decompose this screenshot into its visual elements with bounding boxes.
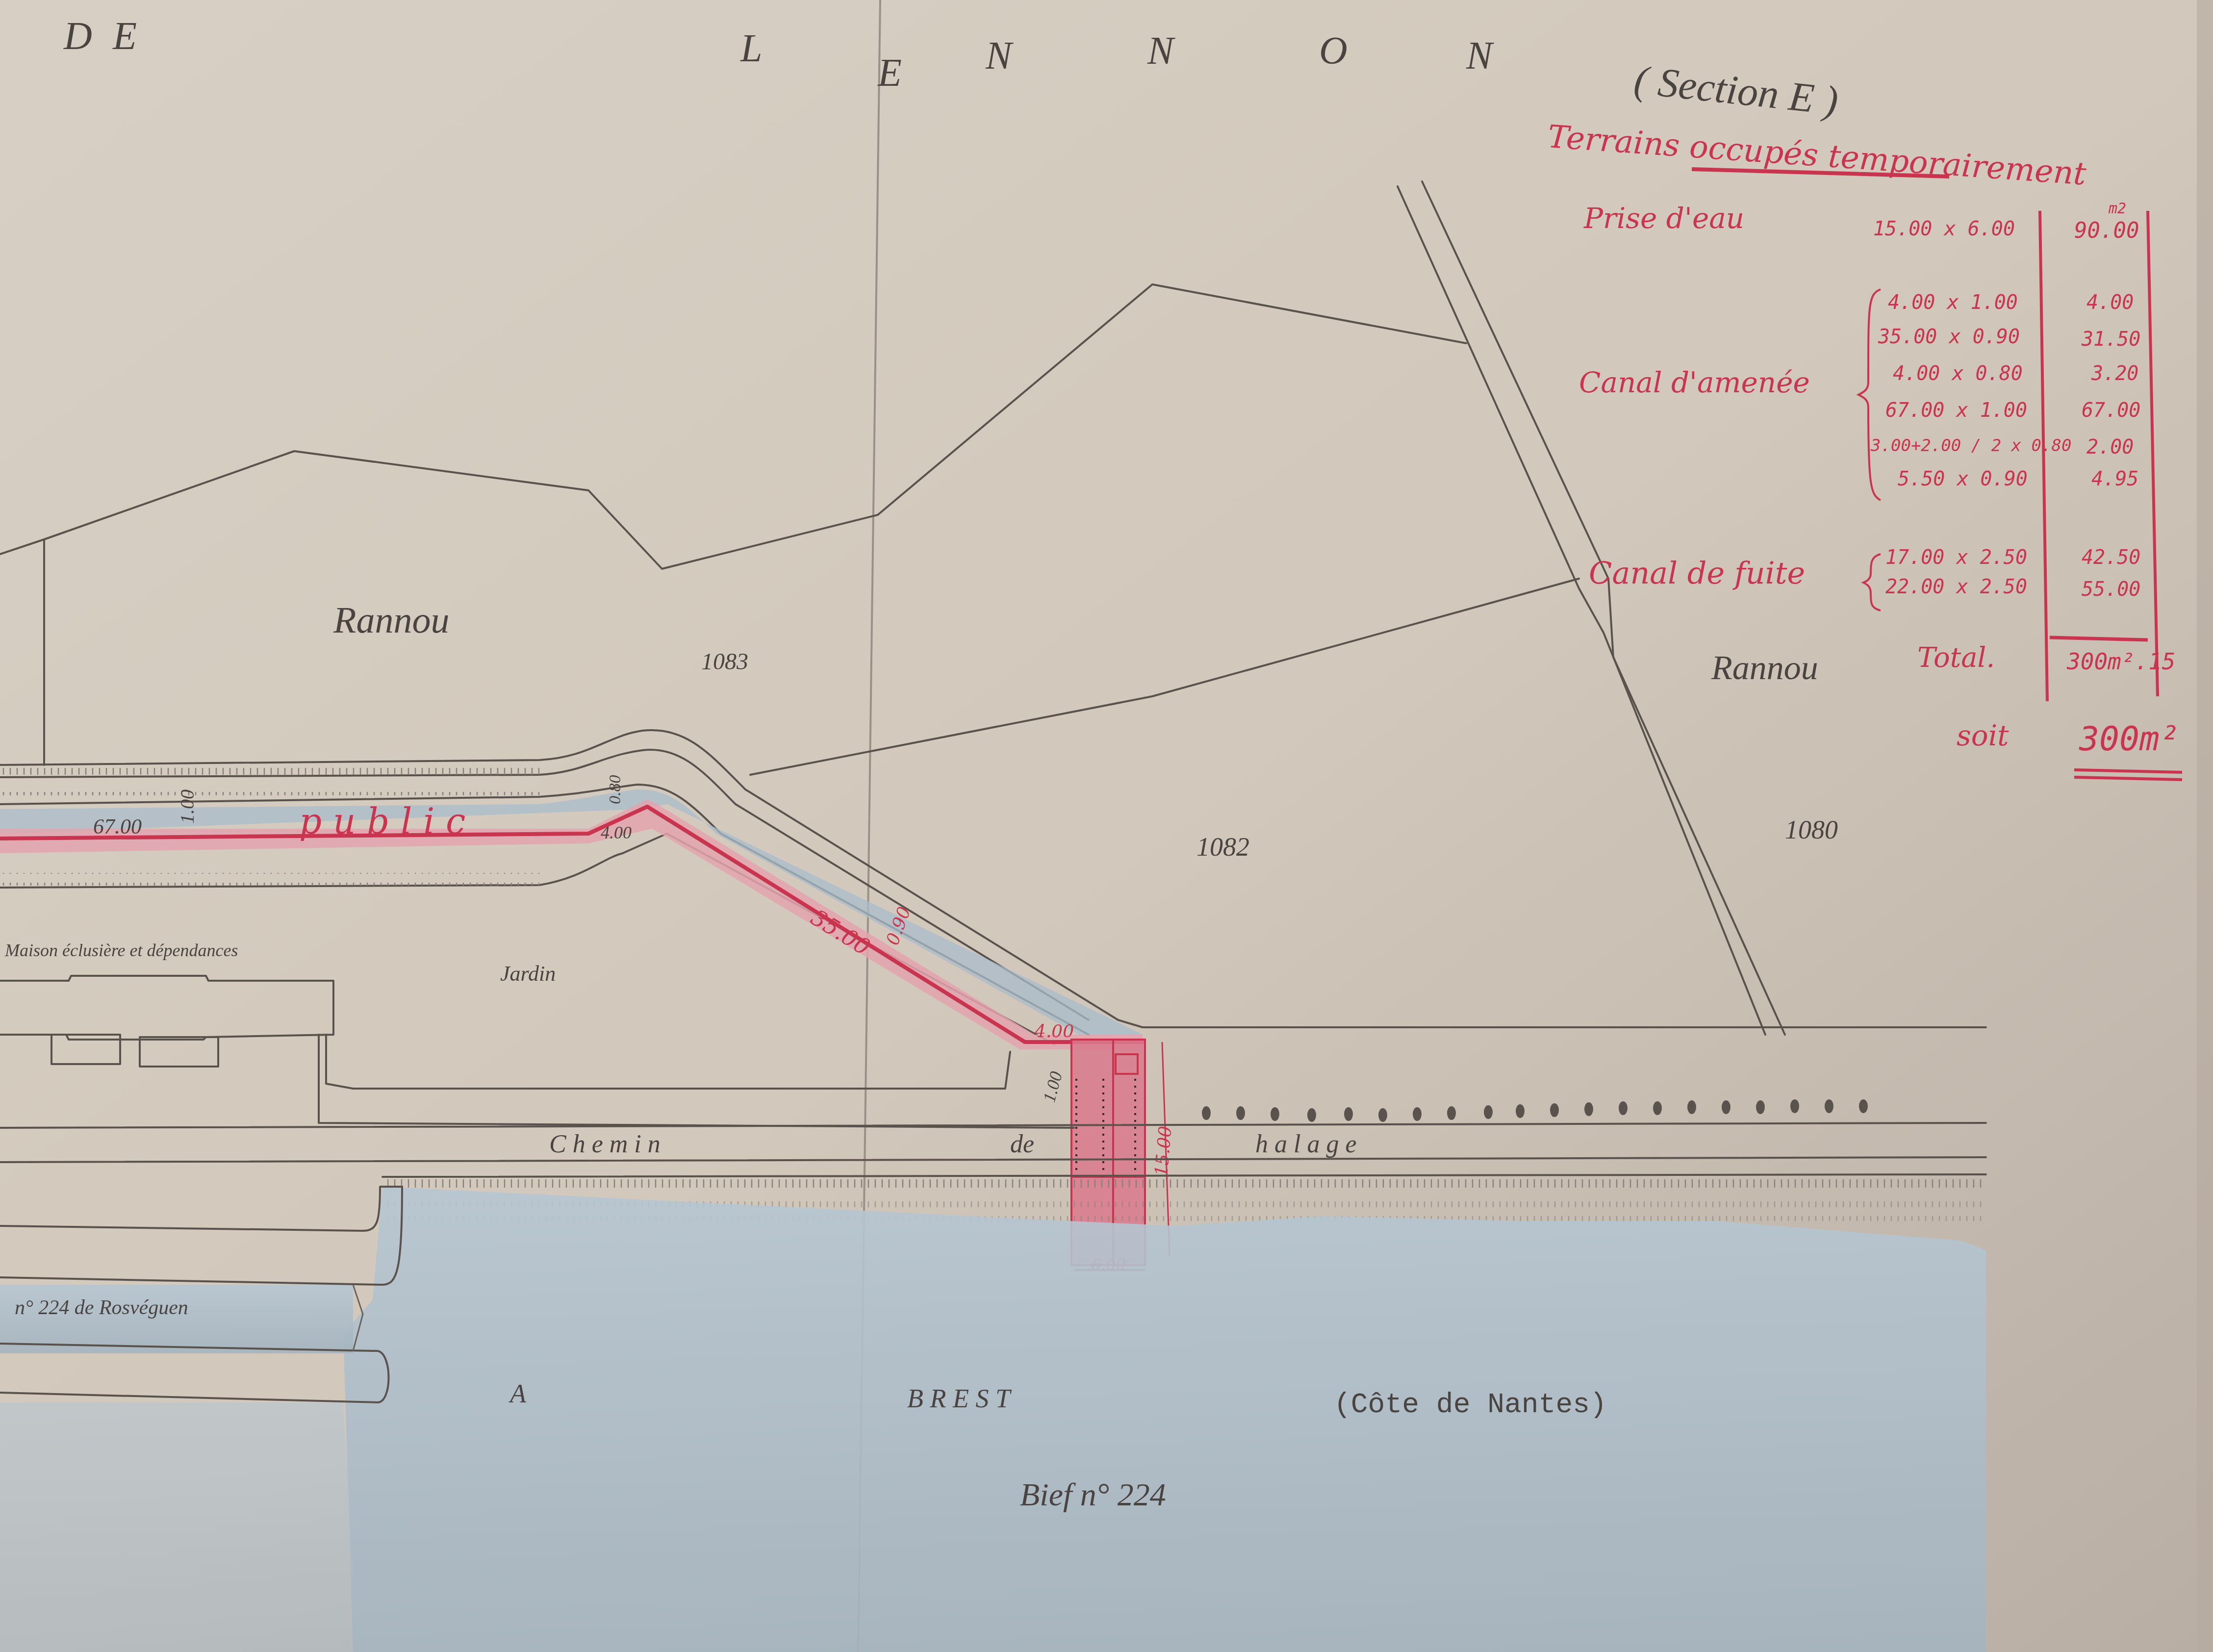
- label-maison: Maison éclusière et dépendances: [4, 940, 238, 960]
- amenee-area-3: 3.20: [2091, 362, 2138, 385]
- lock-water: [0, 1285, 353, 1353]
- amenee-dims-3: 4.00 x 0.80: [1893, 362, 2023, 385]
- title-letter: N: [985, 34, 1014, 77]
- row-label-canal-amenee: Canal d'amenée: [1579, 366, 1810, 399]
- total-rule: [2050, 637, 2148, 640]
- label-canal-side: (Côte de Nantes): [1334, 1389, 1607, 1421]
- paper-edge: [2197, 0, 2213, 1652]
- label-de: de: [1010, 1130, 1034, 1158]
- row-label-prise-deau: Prise d'eau: [1583, 202, 1744, 235]
- label-public: p u b l i c: [299, 801, 465, 842]
- amenee-area-1: 4.00: [2086, 291, 2134, 314]
- label-lock: n° 224 de Rosvéguen: [15, 1296, 188, 1319]
- dim-4-00a: 4.00: [601, 823, 632, 842]
- total-value: 300m².15: [2066, 648, 2176, 675]
- place-rannou-right: Rannou: [1711, 649, 1818, 687]
- total-label: Total.: [1917, 642, 1995, 674]
- lower-water: [0, 1402, 358, 1652]
- fuite-area-2: 55.00: [2082, 578, 2140, 601]
- amenee-area-4: 67.00: [2082, 399, 2140, 422]
- title-letter: E: [112, 15, 137, 58]
- fuite-area-1: 42.50: [2082, 546, 2140, 569]
- parcel-number-1083: 1083: [701, 649, 748, 675]
- place-rannou-left: Rannou: [333, 600, 449, 641]
- prise-area: 90.00: [2074, 218, 2139, 243]
- dim-1-00: 1.00: [176, 789, 198, 824]
- amenee-area-5: 2.00: [2086, 436, 2134, 458]
- prise-dims: 15.00 x 6.00: [1873, 218, 2015, 240]
- soit-value: 300m²: [2079, 720, 2180, 759]
- amenee-dims-2: 35.00 x 0.90: [1878, 326, 2020, 348]
- parcel-number-1082: 1082: [1196, 832, 1249, 862]
- fuite-dims-1: 17.00 x 2.50: [1885, 546, 2027, 569]
- amenee-area-2: 31.50: [2081, 328, 2140, 351]
- amenee-dims-1: 4.00 x 1.00: [1888, 291, 2018, 314]
- title-letter: L: [740, 27, 763, 70]
- title-letter: E: [877, 51, 902, 95]
- label-canal-brest: B R E S T: [907, 1384, 1012, 1413]
- title-letter: N: [1147, 29, 1176, 73]
- cadastral-map: D E L E N N O N ( Section E ) Rannou Ran…: [0, 0, 2213, 1652]
- label-halage: h a l a g e: [1255, 1130, 1357, 1158]
- dim-67: 67.00: [93, 814, 142, 839]
- title-letter: N: [1466, 34, 1495, 77]
- amenee-dims-5: 3.00+2.00 / 2 x 0.80: [1870, 436, 2071, 456]
- amenee-dims-6: 5.50 x 0.90: [1898, 468, 2028, 490]
- canal-water-main: [343, 1187, 1986, 1652]
- row-label-canal-fuite: Canal de fuite: [1589, 555, 1805, 591]
- title-letter: O: [1319, 29, 1348, 73]
- soit-label: soit: [1957, 719, 2009, 752]
- dim-0-80: 0.80: [606, 775, 624, 805]
- title-letter: D: [63, 15, 92, 58]
- prise-unit: m2: [2108, 200, 2126, 217]
- label-chemin: C h e m i n: [549, 1130, 661, 1158]
- amenee-dims-4: 67.00 x 1.00: [1885, 399, 2027, 422]
- amenee-area-6: 4.95: [2091, 468, 2138, 490]
- fuite-dims-2: 22.00 x 2.50: [1885, 576, 2027, 598]
- label-bief: Bief n° 224: [1020, 1477, 1166, 1513]
- label-jardin: Jardin: [500, 962, 556, 986]
- dim-4-00b: 4.00: [1034, 1021, 1074, 1042]
- parcel-number-1080: 1080: [1785, 815, 1838, 844]
- label-canal-a: A: [509, 1379, 527, 1408]
